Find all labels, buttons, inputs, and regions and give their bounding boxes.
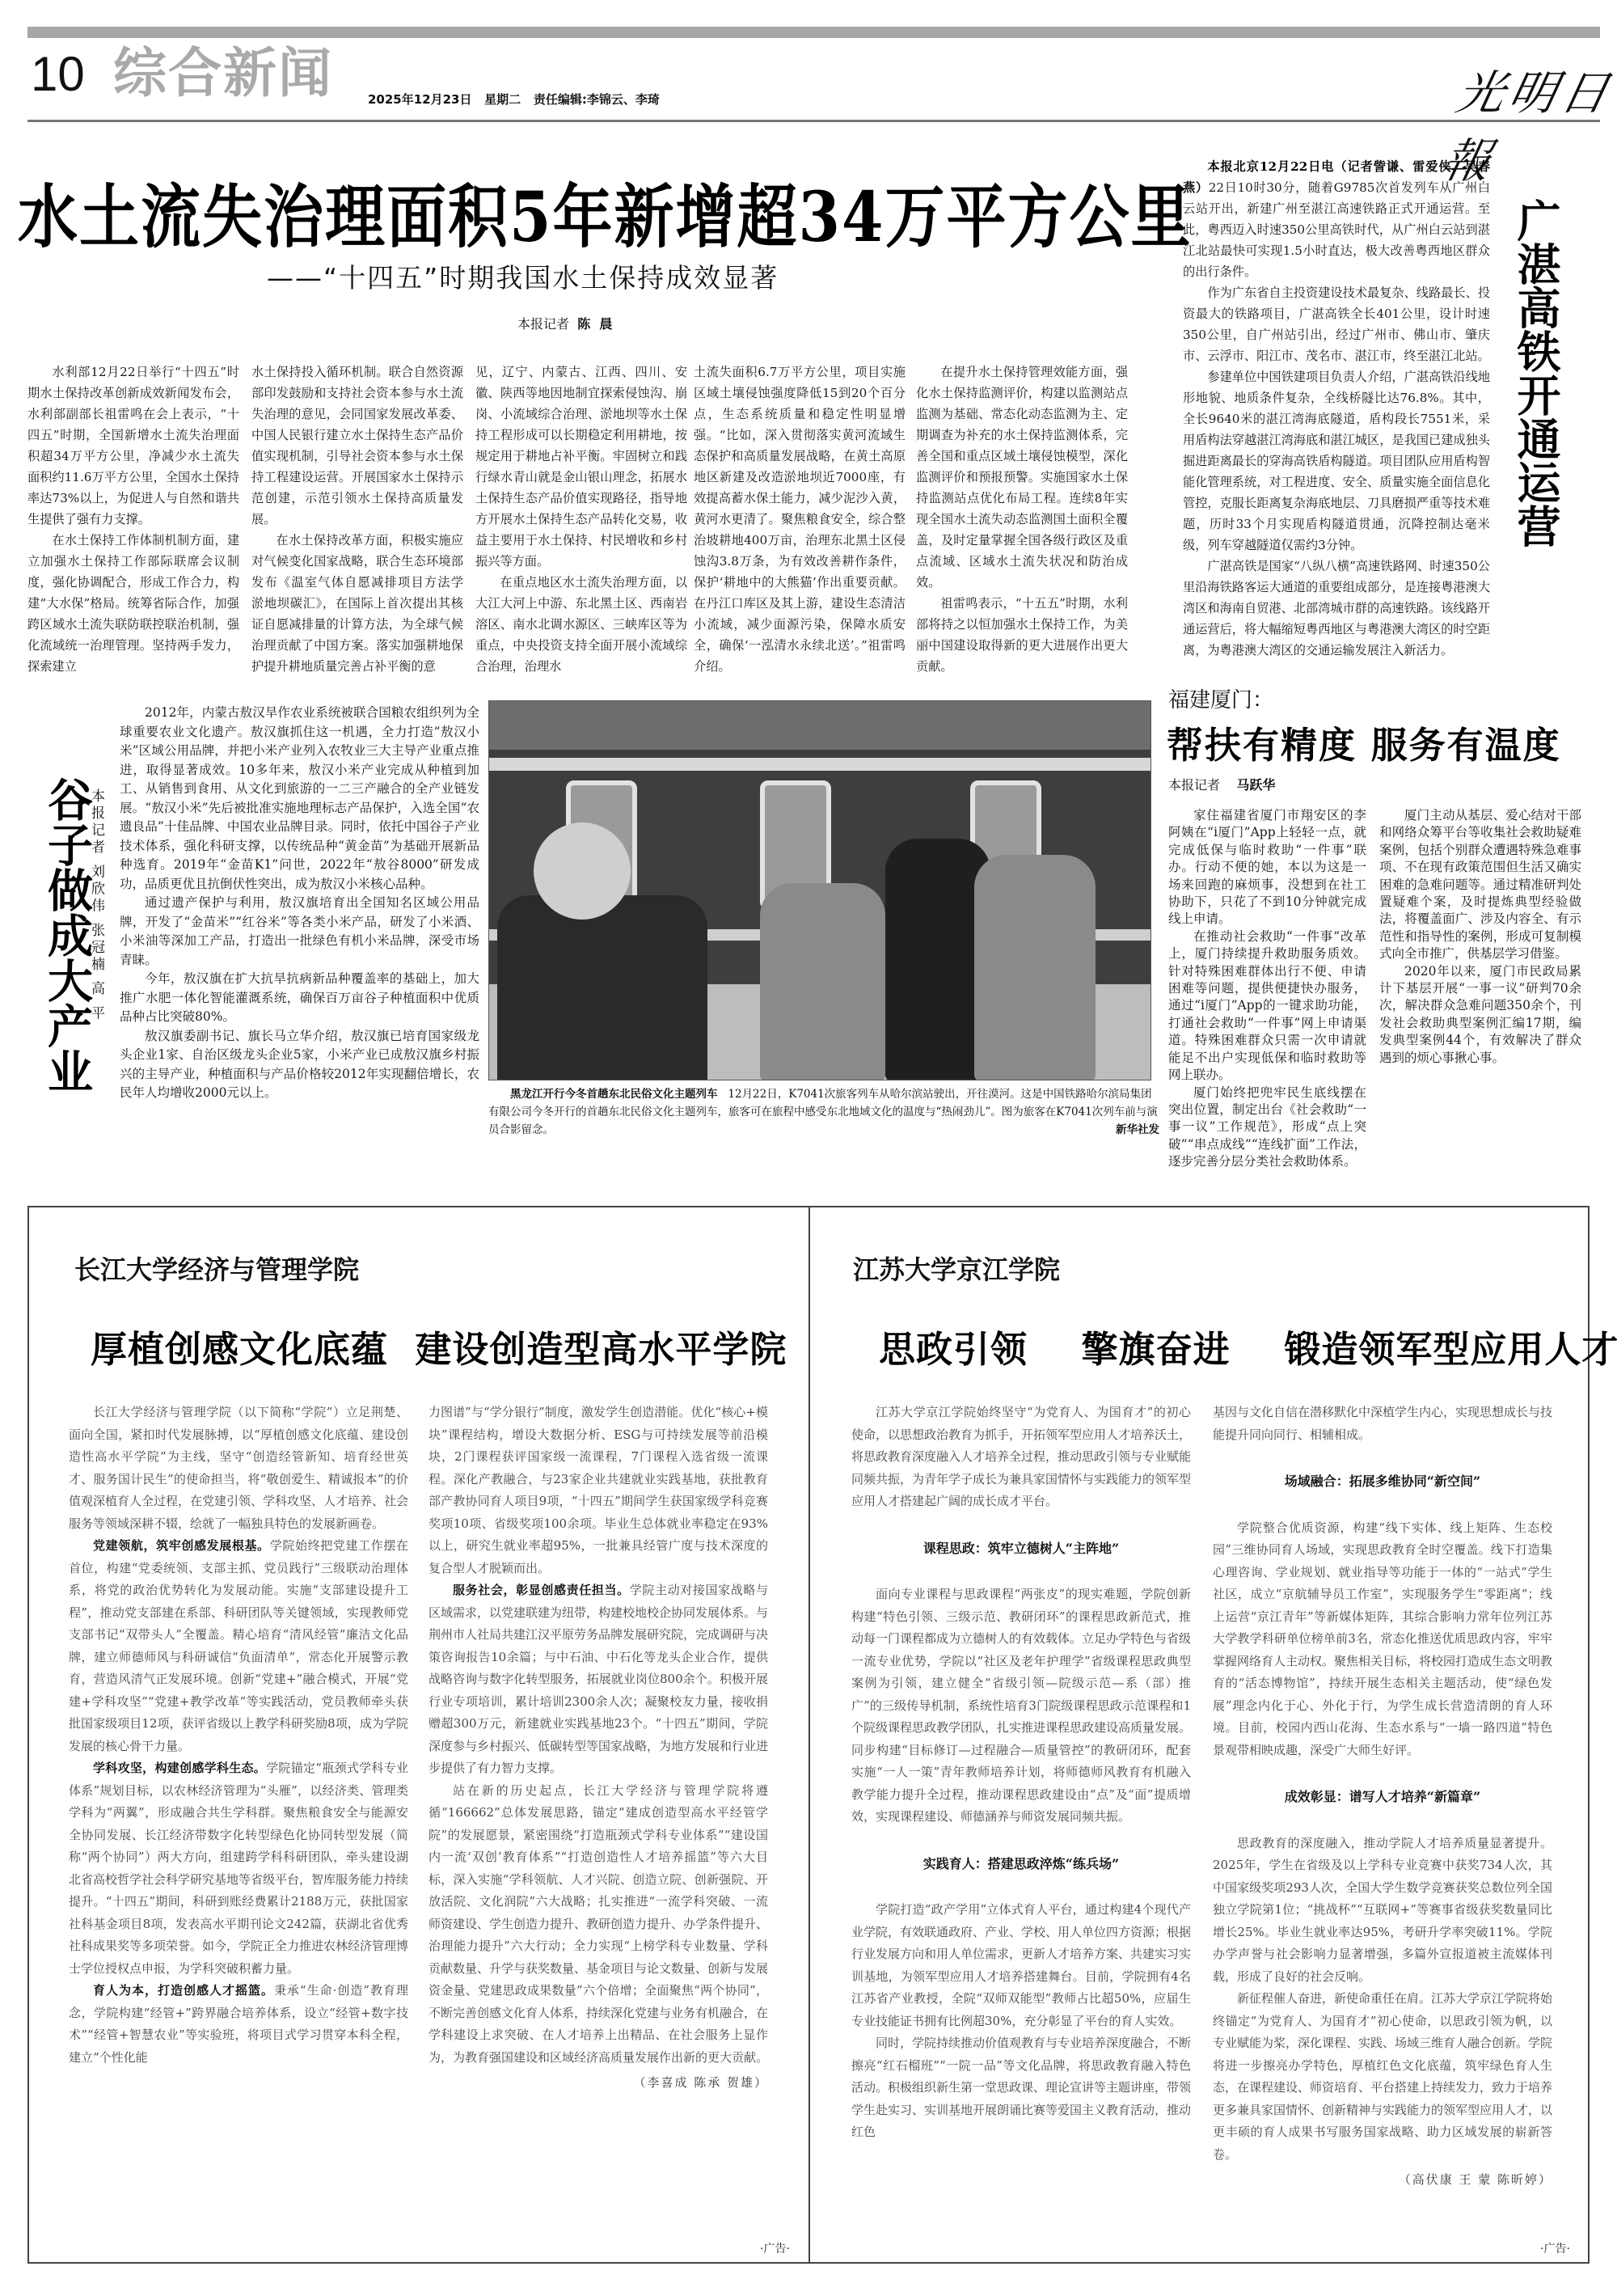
paragraph: 在水土保持工作体制机制方面，建立加强水土保持工作部际联席会议制度，强化协调配合，… (27, 530, 239, 677)
xiamen-column-2: 厦门主动从基层、爱心结对干部和网络众筹平台等收集社会救助疑难案例，包括个别群众遭… (1379, 807, 1581, 1067)
paragraph: 服务社会，彰显创感责任担当。学院主动对接国家战略与区域需求，以党建联建为纽带，构… (429, 1579, 768, 1780)
ad-right-paragraph: 学院打造“政产学用”立体式育人平台，通过构建4个现代产业学院，有效联通政府、产业… (851, 1899, 1191, 2032)
xiamen-paragraph: 厦门主动从基层、爱心结对干部和网络众筹平台等收集社会救助疑难案例，包括个别群众遭… (1379, 807, 1581, 963)
ad-right-paragraph: 新征程催人奋进，新使命重任在肩。江苏大学京江学院将始终锚定“为党育人、为国育才”… (1213, 1988, 1552, 2166)
ad-right-school-name: 江苏大学京江学院 (853, 1249, 1060, 1287)
paragraph-lead: 党建领航，筑牢创感发展根基。 (93, 1538, 270, 1553)
lead-subheadline: ——“十四五”时期我国水土保持成效显著 (267, 257, 779, 295)
millet-article-body: 2012年，内蒙古敖汉旱作农业系统被联合国粮农组织列为全球重要农业文化遗产。敖汉… (120, 704, 479, 1103)
ad-left-column-2-body: 力图谱”与“学分银行”制度，激发学生创造潜能。优化“核心+模块”课程结构，增设大… (429, 1402, 768, 2069)
ad-right-column-2: 基因与文化自信在潜移默化中深植学生内心，实现思想成长与技能提升同向同行、相辅相成… (1213, 1402, 1552, 2192)
ad-right-paragraph: 学院整合优质资源，构建“线下实体、线上矩阵、生态校园”三维协同育人场域，实现思政… (1213, 1517, 1552, 1762)
xiamen-headline: 帮扶有精度 服务有温度 (1167, 716, 1561, 768)
paragraph: 长江大学经济与管理学院（以下简称“学院”）立足荆楚、面向全国，紧扣时代发展脉搏，… (69, 1402, 408, 1535)
rail-vertical-headline: 广湛高铁开通运营 (1514, 198, 1562, 548)
ad-right-headline: 思政引领 擎旗奋进 锻造领军型应用人才 (879, 1320, 1617, 1372)
millet-vertical-headline: 谷子做成大产业 (40, 776, 94, 1093)
ad-right-tag: ·广告· (1540, 2240, 1570, 2256)
millet-paragraph: 敖汉旗委副书记、旗长马立华介绍，敖汉旗已培育国家级龙头企业1家、自治区级龙头企业… (120, 1027, 479, 1103)
rail-paragraph: 广湛高铁是国家“八纵八横”高速铁路网、时速350公里沿海铁路客运大通道的重要组成… (1183, 556, 1490, 661)
xiamen-paragraph: 家住福建省厦门市翔安区的李阿姨在“i厦门”App上轻轻一点，就完成低保与临时救助… (1168, 807, 1366, 928)
xiamen-paragraph: 厦门始终把兜牢民生底线摆在突出位置，制定出台《社会救助“一事一议”工作规范》，形… (1168, 1085, 1366, 1171)
paragraph: 见，辽宁、内蒙古、江西、四川、安徽、陕西等地因地制宜探索侵蚀沟、崩岗、小流域综合… (475, 362, 687, 572)
photographer-figure (497, 895, 707, 1080)
xiamen-paragraph: 在推动社会救助“一件事”改革上，厦门持续提升救助服务质效。针对特殊困难群体出行不… (1168, 928, 1366, 1085)
lead-byline: 本报记者 陈 晨 (517, 314, 612, 332)
byline-name: 陈 晨 (577, 316, 612, 332)
paragraph-lead: 育人为本，打造创感人才摇篮。 (93, 1983, 274, 1998)
lead-column-1: 水利部12月22日举行“十四五”时期水土保持改革创新成效新闻发布会，水利部副部长… (27, 362, 239, 677)
byline-label: 本报记者 (517, 316, 569, 332)
section-title: 综合新闻 (113, 47, 333, 100)
news-photo (488, 700, 1151, 1080)
lead-column-3: 见，辽宁、内蒙古、江西、四川、安徽、陕西等地因地制宜探索侵蚀沟、崩岗、小流域综合… (475, 362, 687, 677)
lead-column-2: 水土保持投入循环机制。联合自然资源部印发鼓励和支持社会资本参与水土流失治理的意见… (251, 362, 463, 677)
ad-right-paragraph: 思政教育的深度融入，推动学院人才培养质量显著提升。2025年，学生在省级及以上学… (1213, 1833, 1552, 1989)
ad-right-signature: （高伏康 王 蒙 陈昕婷） (1213, 2169, 1552, 2192)
byline-name: 马跃华 (1236, 777, 1275, 793)
masthead-top-bar (27, 27, 1600, 38)
issue-weekday: 星期二 (484, 92, 521, 107)
ad-right-subhead: 课程思政：筑牢立德树人“主阵地” (851, 1537, 1191, 1560)
performer-right-figure (974, 855, 1096, 1080)
responsible-editors: 责任编辑:李锦云、李琦 (534, 92, 660, 107)
lead-column-5: 在提升水土保持管理效能方面，强化水土保持监测评价，构建以监测站点监测为基础、常态… (916, 362, 1128, 677)
xiamen-byline: 本报记者 马跃华 (1168, 775, 1275, 793)
ad-left-school-name: 长江大学经济与管理学院 (74, 1249, 359, 1287)
rail-paragraph: 作为广东省自主投资建设技术最复杂、线路最长、投资最大的铁路项目，广湛高铁全长40… (1183, 282, 1490, 366)
paragraph: 水利部12月22日举行“十四五”时期水土保持改革创新成效新闻发布会，水利部副部长… (27, 362, 239, 530)
rail-paragraph: 参建单位中国铁建项目负责人介绍，广湛高铁沿线地形地貌、地质条件复杂，全线桥隧比达… (1183, 366, 1490, 556)
train-stripe (489, 758, 1150, 771)
ad-right-subhead: 实践育人：搭建思政淬炼“练兵场” (851, 1853, 1191, 1875)
paragraph: 在提升水土保持管理效能方面，强化水土保持监测评价，构建以监测站点监测为基础、常态… (916, 362, 1128, 593)
ad-right-paragraph: 面向专业课程与思政课程“两张皮”的现实难题，学院创新构建“特色引领、三级示范、教… (851, 1584, 1191, 1829)
paragraph: 学科攻坚，构建创感学科生态。学院锚定“瓶颈式学科专业体系”规划目标，以农林经济管… (69, 1757, 408, 1980)
photo-caption: 黑龙江开行今冬首趟东北民俗文化主题列车 12月22日，K7041次旅客列车从哈尔… (488, 1085, 1159, 1139)
paragraph: 在水土保持改革方面，积极实施应对气候变化国家战略，联合生态环境部发布《温室气体自… (251, 530, 463, 677)
photographer-hat (534, 822, 631, 920)
ad-right-subhead: 场域融合：拓展多维协同“新空间” (1213, 1470, 1552, 1493)
caption-title: 黑龙江开行今冬首趟东北民俗文化主题列车 (510, 1088, 718, 1101)
rail-paragraph: 22日10时30分，随着G9785次首发列车从广州白云站开出，新建广州至湛江高速… (1183, 180, 1490, 279)
paragraph: 水土保持投入循环机制。联合自然资源部印发鼓励和支持社会资本参与水土流失治理的意见… (251, 362, 463, 530)
ad-left-column-1: 长江大学经济与管理学院（以下简称“学院”）立足荆楚、面向全国，紧扣时代发展脉搏，… (69, 1402, 408, 2069)
millet-paragraph: 通过遗产保护与利用，敖汉旗培育出全国知名区域公用品牌，开发了“金苗米”“红谷米”… (120, 894, 479, 970)
paragraph: 力图谱”与“学分银行”制度，激发学生创造潜能。优化“核心+模块”课程结构，增设大… (429, 1402, 768, 1579)
masthead-rule (27, 120, 1600, 122)
issue-meta: 2025年12月23日 星期二 责任编辑:李锦云、李琦 (368, 91, 660, 108)
ad-right-subhead: 成效彰显：谱写人才培养“新篇章” (1213, 1786, 1552, 1808)
paragraph: 在重点地区水土流失治理方面，以大江大河上中游、东北黑土区、西南岩溶区、南水北调水… (475, 572, 687, 677)
ad-right-paragraph: 同时，学院持续推动价值观教育与专业培养深度融合，不断擦亮“红石榴班”“一院一品”… (851, 2032, 1191, 2144)
millet-byline: 本报记者 刘欣伟 张冠楠 高 平 (87, 789, 105, 1023)
ad-left-headline: 厚植创感文化底蕴 建设创造型高水平学院 (91, 1320, 787, 1372)
paragraph-lead: 学科攻坚，构建创感学科生态。 (93, 1761, 266, 1775)
paragraph: 党建领航，筑牢创感发展根基。学院始终把党建工作摆在首位，构建“党委统领、支部主抓… (69, 1535, 408, 1757)
xiamen-kicker: 福建厦门： (1168, 683, 1273, 713)
issue-date: 2025年12月23日 (368, 92, 472, 107)
millet-paragraph: 2012年，内蒙古敖汉旱作农业系统被联合国粮农组织列为全球重要农业文化遗产。敖汉… (120, 704, 479, 894)
xiamen-paragraph: 2020年以来，厦门市民政局累计下基层开展“一事一议”研判70余次，解决群众急难… (1379, 963, 1581, 1067)
ad-left-column-2: 力图谱”与“学分银行”制度，激发学生创造潜能。优化“核心+模块”课程结构，增设大… (429, 1402, 768, 2095)
lead-column-4: 土流失面积6.7万平方公里，项目实施区域土壤侵蚀强度降低15到20个百分点，生态… (694, 362, 906, 677)
byline-label: 本报记者 (1168, 777, 1220, 793)
ad-left-tag: ·广告· (760, 2240, 790, 2256)
ad-left-signature: （李喜成 陈承 贺雄） (429, 2072, 768, 2095)
xiamen-column-1: 家住福建省厦门市翔安区的李阿姨在“i厦门”App上轻轻一点，就完成低保与临时救助… (1168, 807, 1366, 1171)
rail-article-body: 本报北京12月22日电（记者訾谦、雷爱侠、吴春燕）22日10时30分，随着G97… (1183, 156, 1490, 661)
paragraph: 祖雷鸣表示，“十五五”时期，水利部将持之以恒加强水土保持工作，为美丽中国建设取得… (916, 593, 1128, 677)
lead-headline: 水土流失治理面积5年新增超34万平方公里 (18, 180, 1174, 256)
paragraph: 土流失面积6.7万平方公里，项目实施区域土壤侵蚀强度降低15到20个百分点，生态… (694, 362, 906, 677)
ad-right-paragraph: 基因与文化自信在潜移默化中深植学生内心，实现思想成长与技能提升同向同行、相辅相成… (1213, 1402, 1552, 1446)
page-number: 10 (31, 50, 85, 99)
paragraph: 站在新的历史起点，长江大学经济与管理学院将遵循“166662”总体发展思路，锚定… (429, 1780, 768, 2070)
ad-right-intro: 江苏大学京江学院始终坚守“为党育人、为国育才”的初心使命，以思想政治教育为抓手，… (851, 1402, 1191, 1513)
photo-credit: 新华社发 (1116, 1121, 1159, 1139)
millet-paragraph: 今年，敖汉旗在扩大抗旱抗病新品种覆盖率的基础上，加大推广水肥一体化智能灌溉系统，… (120, 970, 479, 1027)
performer-left-figure (760, 883, 885, 1080)
ad-right-column-1: 江苏大学京江学院始终坚守“为党育人、为国育才”的初心使命，以思想政治教育为抓手，… (851, 1402, 1191, 2144)
paragraph: 育人为本，打造创感人才摇篮。秉承“生命·创造”教育理念，学院构建“经管+”跨界融… (69, 1980, 408, 2069)
paragraph-lead: 服务社会，彰显创感责任担当。 (453, 1583, 630, 1597)
